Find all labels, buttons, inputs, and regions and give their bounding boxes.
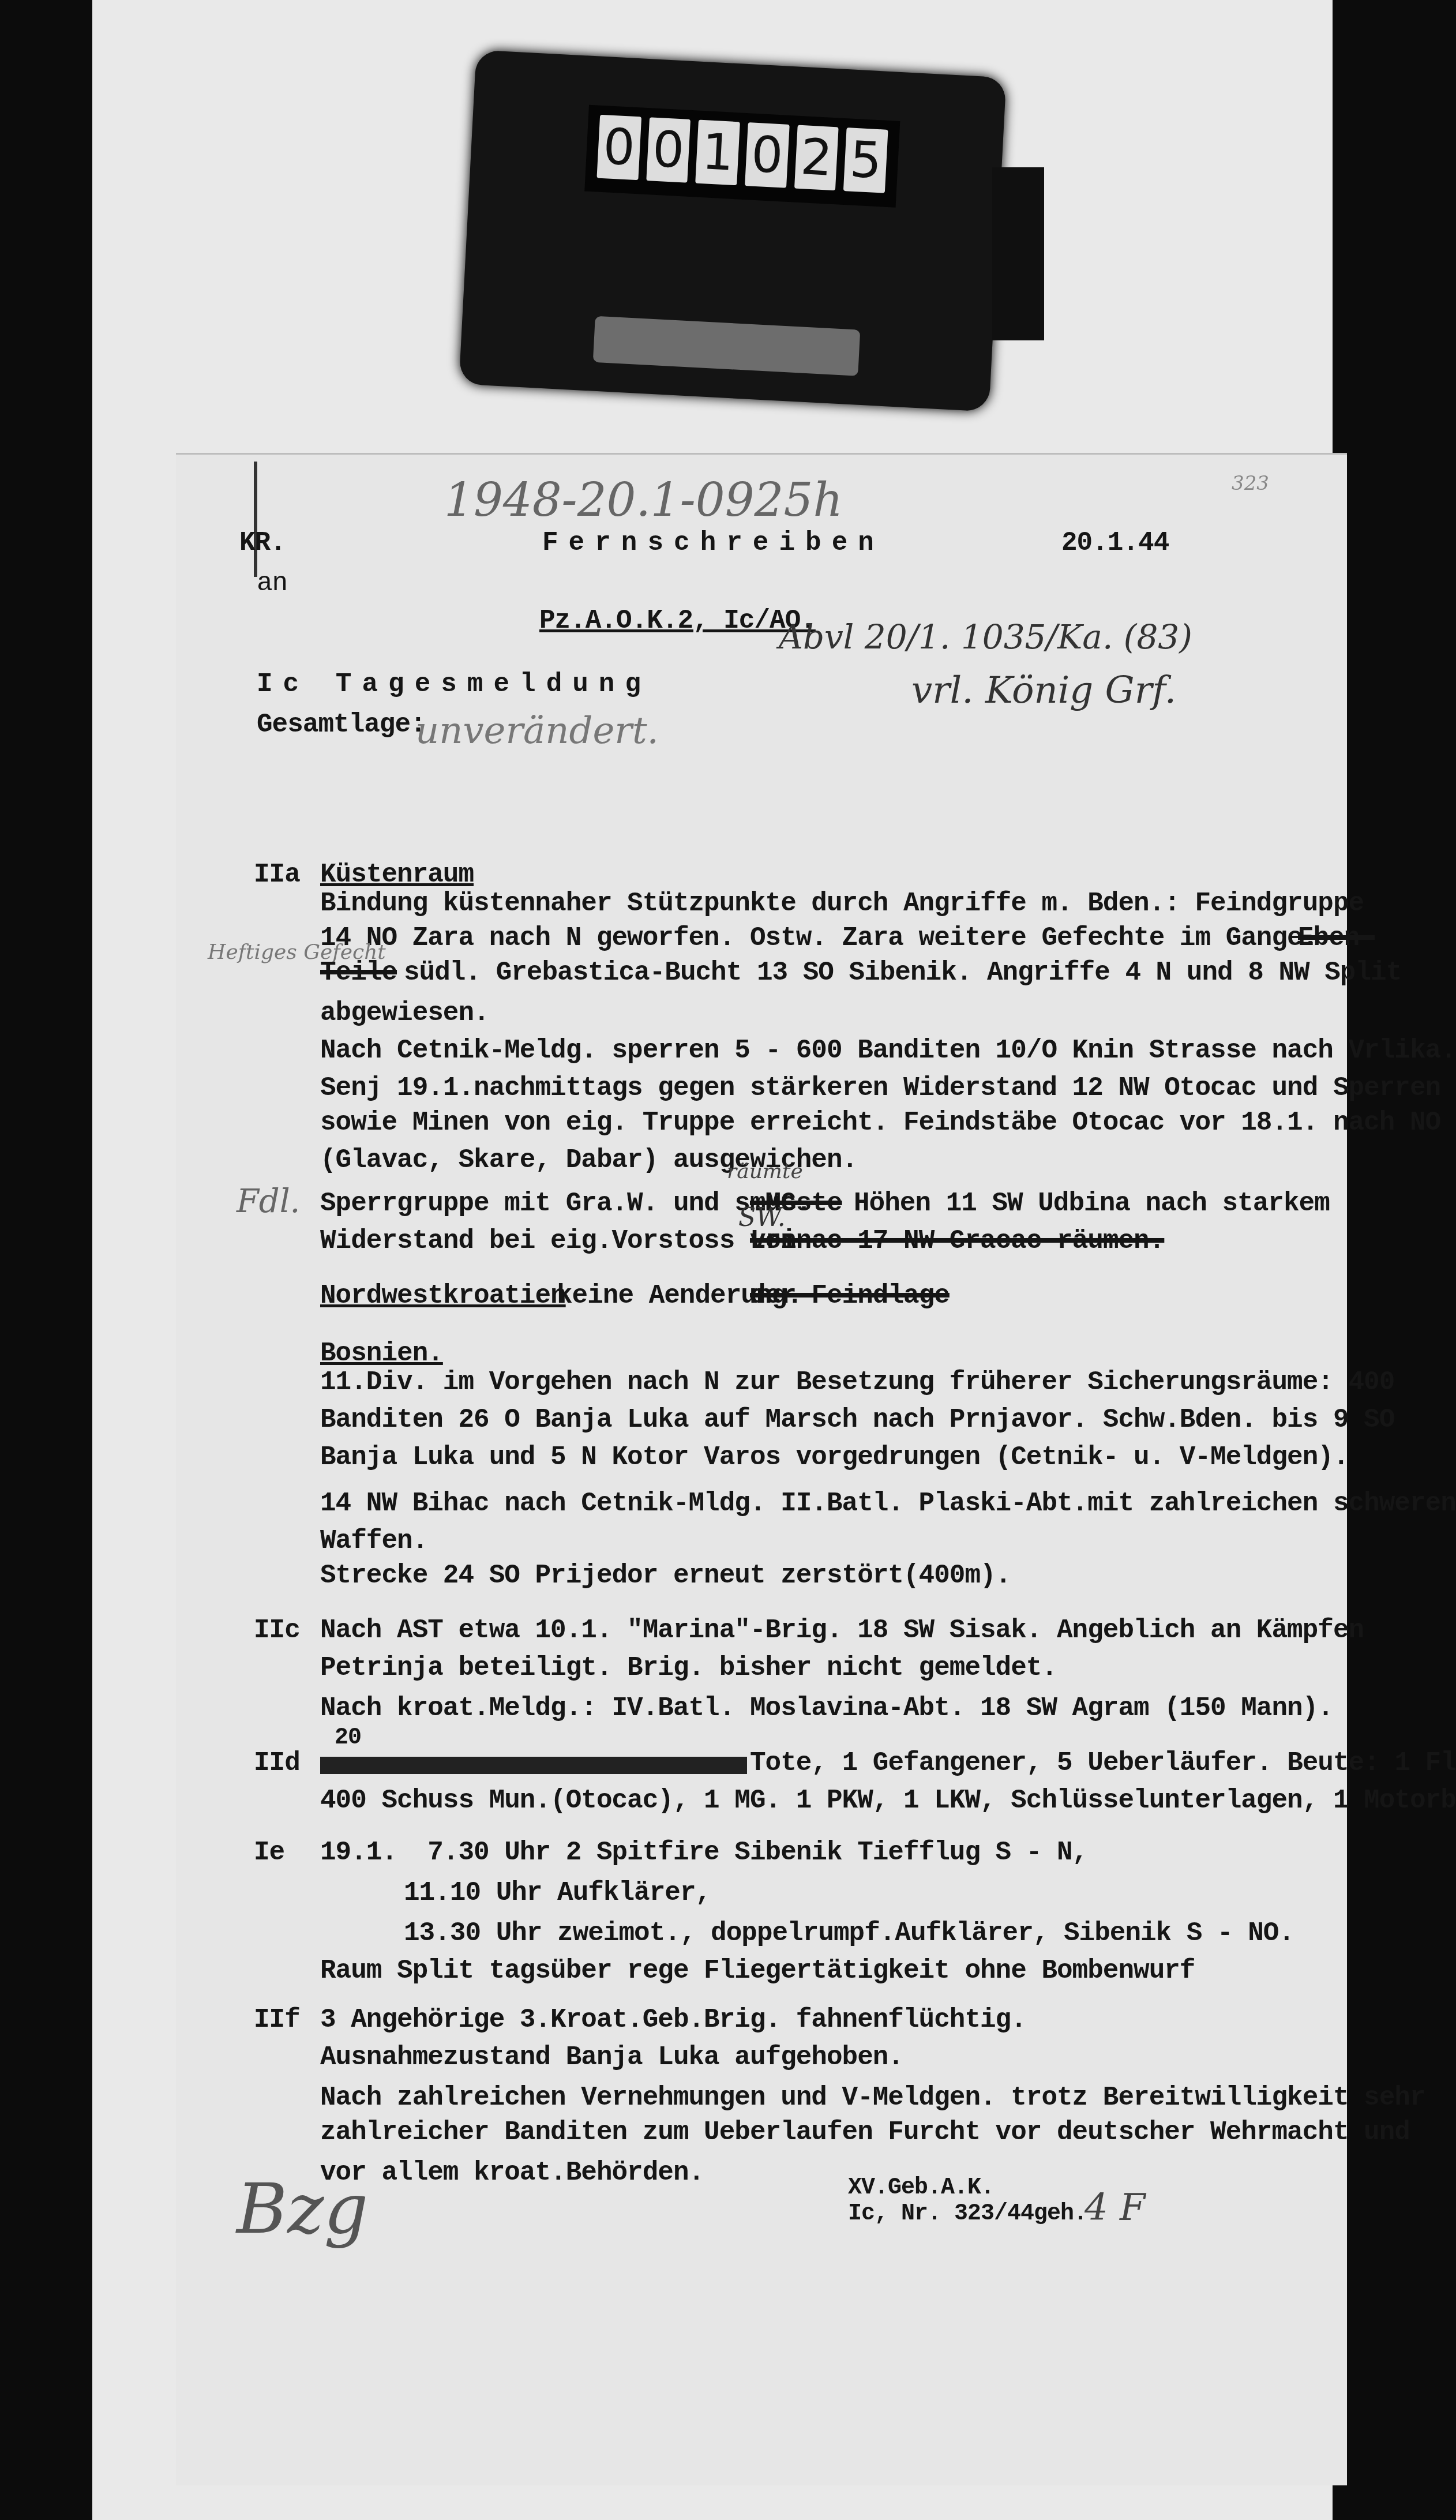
- counter-digit: 5: [843, 127, 888, 193]
- text-line: Banja Luka und 5 N Kotor Varos vorgedrun…: [320, 1442, 1349, 1472]
- section-heading-nordwestkroatien: Nordwestkroatien: [320, 1281, 566, 1311]
- document-date: 20.1.44: [1061, 528, 1169, 558]
- received-note: Abvl 20/1. 1035/Ka. (83): [779, 617, 1192, 657]
- report-title: Ic Tagesmeldung: [257, 669, 651, 699]
- text-line: Nach Cetnik-Meldg. sperren 5 - 600 Bandi…: [320, 1036, 1456, 1066]
- text-line: sowie Minen von eig. Truppe erreicht. Fe…: [320, 1108, 1440, 1138]
- counter-digit: 0: [646, 117, 691, 183]
- text-line: 400 Schuss Mun.(Otocac), 1 MG. 1 PKW, 1 …: [320, 1786, 1456, 1816]
- page-number: 323: [1232, 472, 1269, 495]
- text-line: Nach kroat.Meldg.: IV.Batl. Moslavina-Ab…: [320, 1693, 1333, 1723]
- reference-number: Ic, Nr. 323/44geh.: [848, 2201, 1087, 2227]
- margin-note-fdl: Fdl.: [237, 1183, 300, 1220]
- inserted-word: räumte: [727, 1160, 803, 1183]
- text-line: vor allem kroat.Behörden.: [320, 2158, 704, 2188]
- document-title: Fernschreiben: [542, 528, 884, 558]
- section-label-IId: IId: [254, 1748, 300, 1778]
- text-line: 3 Angehörige 3.Kroat.Geb.Brig. fahnenflü…: [320, 2005, 1026, 2035]
- inserted-number: 20: [335, 1725, 361, 1751]
- section-label-IIf: IIf: [254, 2005, 300, 2035]
- recipient: Pz.A.O.K.2, Ic/AO.: [539, 606, 816, 636]
- counter-nameplate: [593, 316, 861, 376]
- bracket-mark: [254, 462, 257, 577]
- text-line: 13.30 Uhr zweimot., doppelrumpf.Aufkläre…: [404, 1918, 1294, 1948]
- text-line: Banditen 26 O Banja Luka auf Marsch nach…: [320, 1405, 1394, 1435]
- text-line: zahlreicher Banditen zum Ueberlaufen Fur…: [320, 2117, 1410, 2147]
- frame-counter-device: 0 0 1 0 2 5: [459, 50, 1006, 411]
- archive-stamp: 1948-20.1-0925h: [444, 473, 843, 527]
- counter-digits: 0 0 1 0 2 5: [584, 105, 900, 208]
- struck-text: Eben-: [1298, 923, 1375, 953]
- struck-text: der Feindlage: [750, 1281, 950, 1311]
- section-heading-bosnien: Bosnien.: [320, 1338, 443, 1368]
- gesamtlage-value: unverändert.: [415, 710, 659, 752]
- text-line: Nach zahlreichen Vernehmungen und V-Meld…: [320, 2083, 1425, 2113]
- text-line: Widerstand bei eig.Vorstoss von: [320, 1226, 796, 1256]
- initials: 4 F: [1085, 2187, 1145, 2229]
- text-line: Petrinja beteiligt. Brig. bisher nicht g…: [320, 1653, 1057, 1683]
- text-line: 14 NO Zara nach N geworfen. Ostw. Zara w…: [320, 923, 1318, 953]
- text-line: 14 NW Bihac nach Cetnik-Mldg. II.Batl. P…: [320, 1488, 1456, 1518]
- text-line: Sperrgruppe mit Gra.W. und s.MG.: [320, 1188, 811, 1218]
- text-line: Raum Split tagsüber rege Fliegertätigkei…: [320, 1956, 1195, 1986]
- text-line: Senj 19.1.nachmittags gegen stärkeren Wi…: [320, 1073, 1440, 1103]
- counter-digit: 1: [696, 120, 740, 186]
- gesamtlage-label: Gesamtlage:: [257, 710, 426, 740]
- counter-digit: 2: [794, 125, 839, 191]
- text-line: Ausnahmezustand Banja Luka aufgehoben.: [320, 2042, 903, 2072]
- text-line: Nach AST etwa 10.1. "Marina"-Brig. 18 SW…: [320, 1615, 1364, 1645]
- section-label-Ie: Ie: [254, 1837, 284, 1867]
- section-heading-kuestenraum: Küstenraum: [320, 860, 474, 890]
- text-line: abgewiesen.: [320, 998, 489, 1028]
- counter-digit: 0: [596, 115, 641, 181]
- an-label: an: [257, 568, 287, 598]
- counter-side-tab: [992, 167, 1044, 340]
- sender-unit: XV.Geb.A.K.: [848, 2175, 994, 2201]
- section-label-IIa: IIa: [254, 860, 300, 890]
- struck-text: Teile: [320, 958, 397, 988]
- text-line: 11.Div. im Vorgehen nach N zur Besetzung…: [320, 1367, 1394, 1397]
- section-label-IIc: IIc: [254, 1615, 300, 1645]
- text-line: Tote, 1 Gefangener, 5 Ueberläufer. Beute…: [750, 1748, 1456, 1778]
- text-line: Höhen 11 SW Udbina nach starkem: [854, 1188, 1330, 1218]
- text-line: Waffen.: [320, 1526, 427, 1556]
- text-line: Bindung küstennaher Stützpunkte durch An…: [320, 888, 1364, 918]
- signature: Bzg: [237, 2169, 368, 2249]
- text-line: 19.1. 7.30 Uhr 2 Spitfire Sibenik Tieffl…: [320, 1837, 1087, 1867]
- handwritten-note: vrl. König Grf.: [911, 669, 1176, 712]
- text-line: 11.10 Uhr Aufklärer,: [404, 1878, 711, 1908]
- struck-text: Lrinac 17 NW Gracac räumen.: [750, 1226, 1164, 1256]
- kr-label: KR.: [239, 528, 286, 558]
- text-line: Strecke 24 SO Prijedor erneut zerstört(4…: [320, 1561, 1011, 1591]
- overtyped-text: [320, 1757, 747, 1774]
- text-line: südl. Grebastica-Bucht 13 SO Sibenik. An…: [404, 958, 1401, 988]
- counter-digit: 0: [745, 122, 789, 188]
